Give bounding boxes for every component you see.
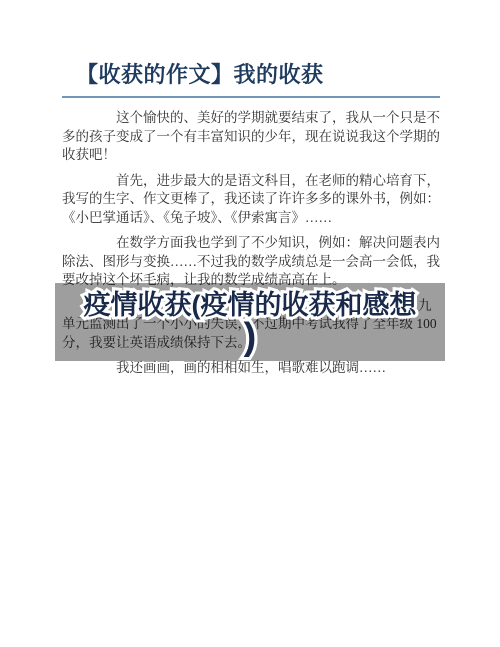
page-title: 【收获的作文】我的收获 [76, 58, 324, 89]
document-page: 【收获的作文】我的收获 这个愉快的、美好的学期就要结束了，我从一个只是不 多的孩… [0, 0, 500, 647]
text-line: 我写的生字、作文更棒了，我还读了许许多多的课外书，例如： [62, 190, 440, 209]
paragraph-2: 首先，进步最大的是语文科目，在老师的精心培育下， 我写的生字、作文更棒了，我还读… [62, 172, 440, 228]
text-line: 多的孩子变成了一个有丰富知识的少年，现在说说我这个学期的 [62, 128, 440, 147]
text-line: 这个愉快的、美好的学期就要结束了，我从一个只是不 [62, 109, 440, 128]
paragraph-1: 这个愉快的、美好的学期就要结束了，我从一个只是不 多的孩子变成了一个有丰富知识的… [62, 109, 440, 165]
text-line: 收获吧！ [62, 146, 440, 165]
text-line: 我还画画，画的相相如生，唱歌难以跑调…… [62, 359, 440, 378]
text-line: 除法、图形与变换……不过我的数学成绩总是一会高一会低，我 [62, 253, 440, 272]
title-divider [62, 96, 440, 98]
text-line: 首先，进步最大的是语文科目，在老师的精心培育下， [62, 172, 440, 191]
paragraph-5: 我还画画，画的相相如生，唱歌难以跑调…… [62, 359, 440, 378]
text-line: 在数学方面我也学到了不少知识，例如：解决问题表内 [62, 234, 440, 253]
text-line: 《小巴掌通话》、《兔子坡》、《伊索寓言》…… [62, 209, 440, 228]
watermark-dim-band [55, 283, 445, 361]
paragraph-3: 在数学方面我也学到了不少知识，例如：解决问题表内 除法、图形与变换……不过我的数… [62, 234, 440, 290]
